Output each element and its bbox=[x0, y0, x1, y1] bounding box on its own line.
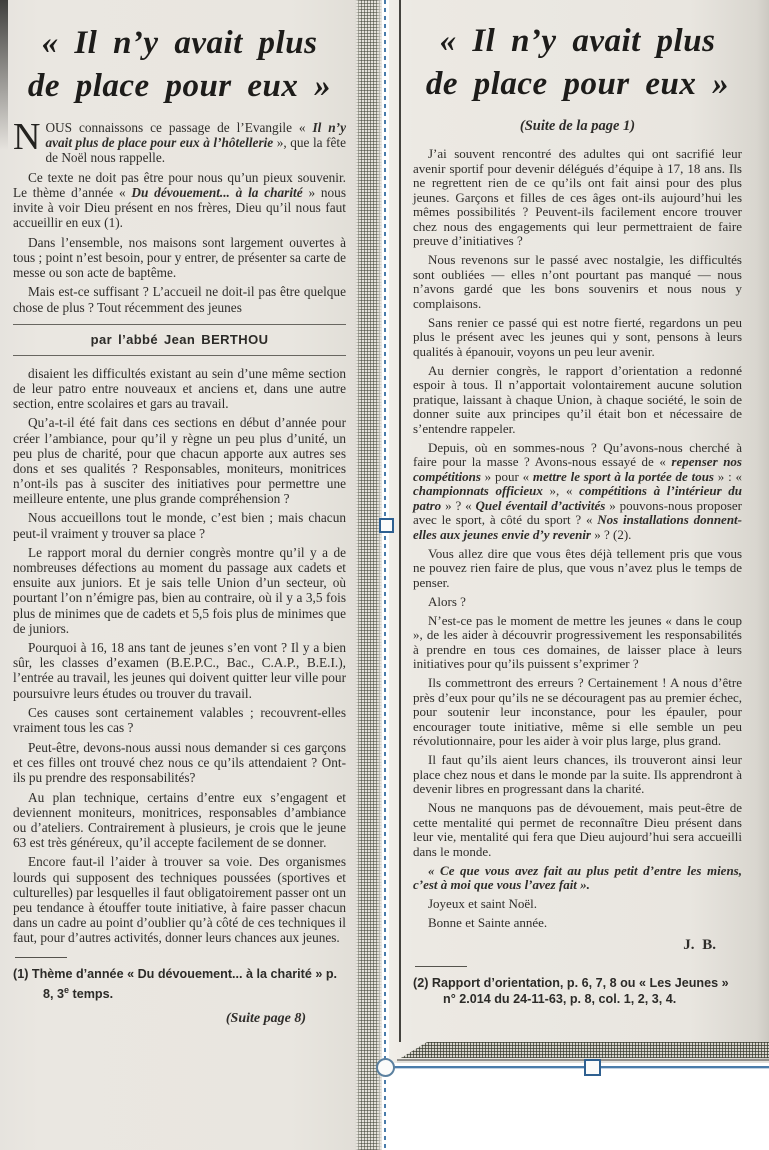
footnote-rule bbox=[415, 966, 467, 967]
paragraph: disaient les difficultés existant au sei… bbox=[13, 366, 346, 411]
article-title-left: « Il n’y avait plusde place pour eux » bbox=[13, 22, 346, 108]
paragraph: Au plan technique, certains d’entre eux … bbox=[13, 790, 346, 850]
paragraph: (2) Rapport d’orientation, p. 6, 7, 8 ou… bbox=[413, 975, 742, 1007]
selection-bottom-edge[interactable] bbox=[385, 1066, 769, 1068]
footnote-rule bbox=[15, 957, 67, 958]
left-page-clipping: « Il n’y avait plusde place pour eux » N… bbox=[0, 0, 356, 1150]
paragraph: « Ce que vous avez fait au plus petit d’… bbox=[413, 864, 742, 893]
article-title-right: « Il n’y avait plusde place pour eux » bbox=[413, 20, 742, 106]
corner-handle-circle[interactable] bbox=[376, 1058, 395, 1077]
resize-handle-bottom-middle[interactable] bbox=[584, 1059, 601, 1076]
left-intro-paragraphs: NOUS connaissons ce passage de l’Evangil… bbox=[13, 120, 346, 315]
title-line-1: « Il n’y avait plus bbox=[42, 25, 318, 61]
right-footnote: (2) Rapport d’orientation, p. 6, 7, 8 ou… bbox=[413, 975, 742, 1007]
paragraph: (1) Thème d’année « Du dévouement... à l… bbox=[13, 966, 346, 1002]
continuation-subtitle: (Suite de la page 1) bbox=[413, 118, 742, 135]
page-bottom-edge bbox=[397, 1059, 769, 1061]
paragraph: J’ai souvent rencontré des adultes qui o… bbox=[413, 147, 742, 249]
paragraph: Alors ? bbox=[413, 595, 742, 610]
paragraph: Ces causes sont certainement valables ; … bbox=[13, 705, 346, 735]
byline: par l’abbé Jean BERTHOU bbox=[91, 332, 269, 347]
paragraph: Bonne et Sainte année. bbox=[413, 916, 742, 931]
byline-box: par l’abbé Jean BERTHOU bbox=[13, 324, 346, 356]
paragraph: Joyeux et saint Noël. bbox=[413, 897, 742, 912]
paragraph: Il faut qu’ils aient leurs chances, ils … bbox=[413, 753, 742, 797]
paragraph: NOUS connaissons ce passage de l’Evangil… bbox=[13, 120, 346, 165]
paragraph: Qu’a-t-il été fait dans ces sections en … bbox=[13, 415, 346, 506]
paragraph: Dans l’ensemble, nos maisons sont largem… bbox=[13, 235, 346, 280]
title-line-1: « Il n’y avait plus bbox=[440, 23, 716, 59]
paragraph: Au dernier congrès, le rapport d’orienta… bbox=[413, 364, 742, 437]
right-page-clipping: « Il n’y avait plusde place pour eux » (… bbox=[389, 0, 769, 1063]
title-line-2: de place pour eux » bbox=[28, 68, 331, 104]
continuation-note: (Suite page 8) bbox=[13, 1011, 346, 1027]
paragraph: Nous accueillons tout le monde, c’est bi… bbox=[13, 510, 346, 540]
left-footnote: (1) Thème d’année « Du dévouement... à l… bbox=[13, 966, 346, 1002]
right-body-paragraphs: J’ai souvent rencontré des adultes qui o… bbox=[413, 147, 742, 931]
selection-left-edge[interactable] bbox=[384, 0, 386, 1150]
paragraph: N’est-ce pas le moment de mettre les jeu… bbox=[413, 614, 742, 672]
left-body-paragraphs: disaient les difficultés existant au sei… bbox=[13, 366, 346, 945]
paragraph: Le rapport moral du dernier congrès mont… bbox=[13, 545, 346, 636]
column-separator-hatch bbox=[355, 0, 382, 1150]
paragraph: Ils commettront des erreurs ? Certaineme… bbox=[413, 676, 742, 749]
paragraph: Depuis, où en sommes-nous ? Qu’avons-nou… bbox=[413, 441, 742, 543]
page-bottom-shadow-hatch bbox=[401, 1042, 769, 1058]
author-initials: J. B. bbox=[413, 937, 742, 954]
paragraph: Mais est-ce suffisant ? L’accueil ne doi… bbox=[13, 284, 346, 314]
paragraph: Pourquoi à 16, 18 ans tant de jeunes s’e… bbox=[13, 640, 346, 700]
paragraph: Vous allez dire que vous êtes déjà telle… bbox=[413, 547, 742, 591]
paragraph: Sans renier ce passé qui est notre fiert… bbox=[413, 316, 742, 360]
paragraph: Ce texte ne doit pas être pour nous qu’u… bbox=[13, 170, 346, 230]
resize-handle-left-middle[interactable] bbox=[379, 518, 394, 533]
title-line-2: de place pour eux » bbox=[426, 66, 729, 102]
paragraph: Encore faut-il l’aider à trouver sa voie… bbox=[13, 854, 346, 945]
drop-cap: N bbox=[13, 120, 45, 152]
paragraph: Nous revenons sur le passé avec nostalgi… bbox=[413, 253, 742, 311]
paragraph: Nous ne manquons pas de dévouement, mais… bbox=[413, 801, 742, 859]
paragraph: Peut-être, devons-nous aussi nous demand… bbox=[13, 740, 346, 785]
